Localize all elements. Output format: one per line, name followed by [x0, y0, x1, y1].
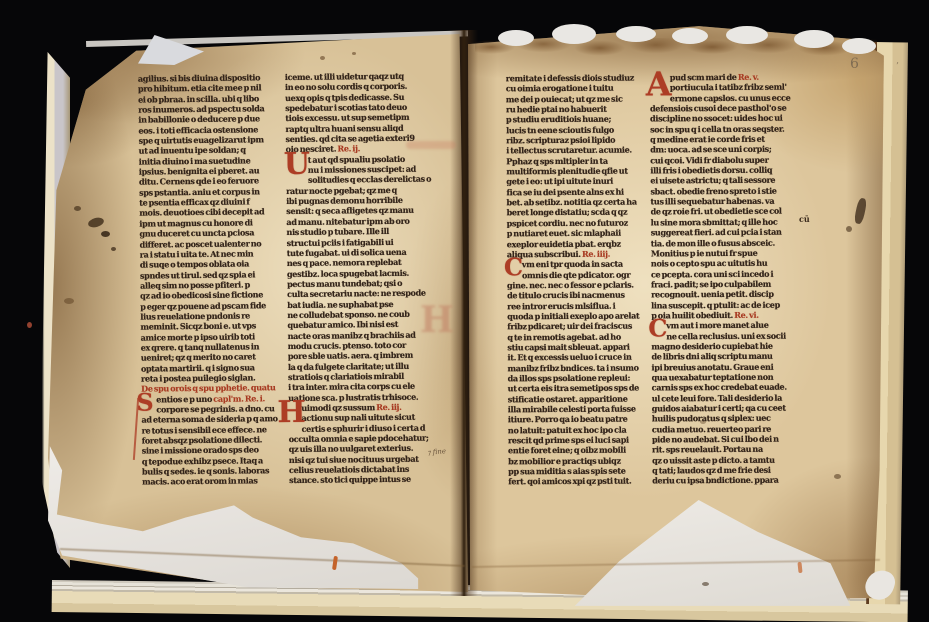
- rubricated-initial: C: [648, 319, 667, 339]
- rubricated-initial: C: [504, 258, 523, 278]
- text-line: deriu cu ipsa bndictione. ppara: [652, 475, 803, 486]
- rubric-text: Re. vi.: [734, 310, 759, 320]
- right-page-textblock: remitate i defessis diois studiuzcu oimi…: [0, 0, 929, 622]
- text-line: i tellectus scrutaretur. acumie.: [506, 145, 645, 156]
- corner-mark: ’: [896, 62, 899, 72]
- rubric-text: Re. iiij.: [582, 249, 610, 259]
- text-line: suggereat fieri. ad cui pcia i stan: [651, 227, 802, 238]
- rubric-text: Re. v.: [738, 72, 759, 82]
- text-line: it. Et q excessis ueluo i cruce in: [507, 352, 646, 363]
- text-line: remitate i defessis diois studiuz: [506, 72, 645, 83]
- text-line: rescit qd prime sps ei luci sapi: [508, 434, 647, 445]
- text-line: carnis sps ex hoc credebat euade.: [652, 382, 803, 393]
- text-line: fert. qoi amicos xpi qz psti tuit.: [508, 476, 647, 487]
- text-line: guidos aiabatur i certi; qa cu ceet: [652, 402, 803, 413]
- text-line: omnis die qte pdicator. ogr: [507, 269, 646, 280]
- manuscript-photo: H agilius. si bis diuina dispositiopro h…: [0, 0, 929, 622]
- text-line: pspicet cordiu. nec no futuroz: [507, 217, 646, 228]
- text-line: lina suscepit. q ptulit: ac de icep: [651, 299, 802, 310]
- marginal-note-left: ⁊ fine: [427, 447, 447, 457]
- text-line: fribz pdicaret; uir dei fraciscus: [507, 321, 646, 332]
- text-column-recto-b: pud scm mari de Re. v.portiucula i tatib…: [650, 72, 804, 487]
- text-line: ne cella reclusius. uni ex socii: [651, 330, 802, 341]
- text-line: soc in spu q i cella tn oras seqster.: [650, 123, 801, 134]
- text-line: multiformis plenitudie qfie ut: [506, 166, 645, 177]
- text-line: itiure. Porro qa io beatu patre: [508, 414, 647, 425]
- text-line: discipline no ssocet: uides hoc ui: [650, 113, 801, 124]
- text-line: portiucula i tatibz fribz seml': [650, 82, 801, 93]
- text-line: ut certa eis itra semetipos sps de: [508, 383, 647, 394]
- marginal-note-right: cū: [799, 214, 810, 224]
- rubricated-initial: A: [646, 70, 672, 97]
- folio-number: 6: [850, 56, 859, 72]
- text-line: de qz roie fri. ut obedietie sce col: [651, 206, 802, 217]
- text-line: beret longe distatiu; scda q qz: [507, 207, 646, 218]
- text-line: gine. nec. nec o fessor e pclaris.: [507, 279, 646, 290]
- text-column-recto-a: remitate i defessis diois studiuzcu oimi…: [506, 72, 648, 487]
